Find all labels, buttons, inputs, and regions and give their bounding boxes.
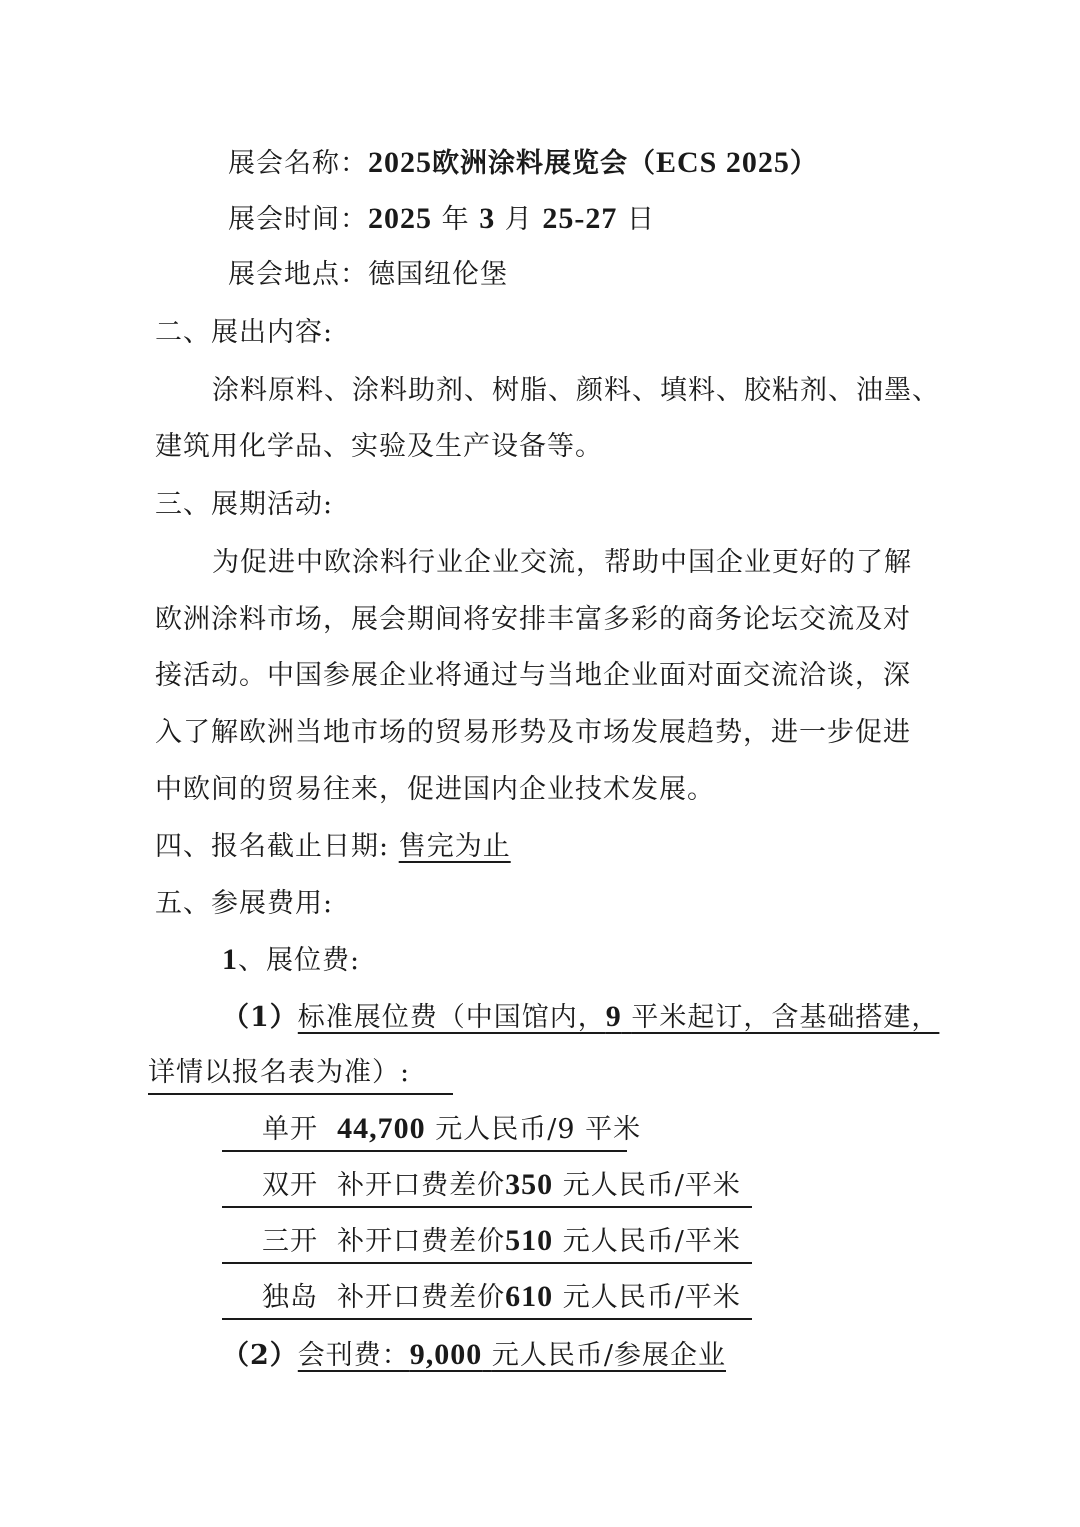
section-3-line-3: 接活动。中国参展企业将通过与当地企业面对面交流洽谈，深: [155, 656, 911, 696]
section-3-line-4: 入了解欧洲当地市场的贸易形势及市场发展趋势，进一步促进: [155, 713, 911, 753]
exhibition-place-row: 展会地点：德国纽伦堡: [228, 255, 508, 295]
section-3-heading: 三、展期活动:: [155, 485, 333, 525]
price-desc: 补开口费差价: [337, 1170, 505, 1201]
catalogue-fee-label: 会刊费：: [298, 1340, 410, 1371]
catalogue-fee-text: 会刊费：9,000 元人民币/参展企业: [298, 1340, 726, 1371]
standard-booth-text-2: 详情以报名表为准）:: [148, 1055, 453, 1095]
exhibition-name-close: ）: [790, 148, 818, 179]
price-row-double: 双开 补开口费差价350 元人民币/平米: [222, 1166, 752, 1208]
exhibition-time-month-unit: 月: [505, 204, 533, 235]
standard-booth-row-1: （1）标准展位费（中国馆内，9 平米起订，含基础搭建，: [222, 997, 939, 1038]
catalogue-fee-row: （2）会刊费：9,000 元人民币/参展企业: [222, 1335, 726, 1376]
booth-fee-number: 1: [222, 943, 238, 976]
exhibition-time-day-unit: 日: [627, 204, 655, 235]
exhibition-time-year: 2025: [368, 202, 432, 235]
exhibition-time-month: 3: [479, 202, 495, 235]
standard-booth-text-1: 标准展位费（中国馆内，9 平米起订，含基础搭建，: [298, 1002, 940, 1033]
price-type: 三开: [262, 1226, 318, 1257]
price-row-triple: 三开 补开口费差价510 元人民币/平米: [222, 1222, 752, 1264]
standard-booth-row-2: 详情以报名表为准）:: [148, 1053, 453, 1095]
section-4-heading: 四、报名截止日期:: [155, 831, 389, 862]
exhibition-time-year-unit: 年: [442, 204, 470, 235]
section-5-heading: 五、参展费用:: [155, 884, 333, 924]
exhibition-time-label: 展会时间：: [228, 204, 368, 235]
price-unit: 元人民币/9 平米: [435, 1114, 641, 1145]
price-type: 双开: [262, 1170, 318, 1201]
registration-deadline-value: 售完为止: [399, 831, 511, 862]
booth-fee-subheading: 1、展位费:: [222, 940, 360, 981]
exhibition-time-days: 25-27: [542, 202, 617, 235]
section-2-line-2: 建筑用化学品、实验及生产设备等。: [155, 427, 603, 467]
section-2-line-1: 涂料原料、涂料助剂、树脂、颜料、填料、胶粘剂、油墨、: [212, 371, 940, 411]
price-row-island-underline: 独岛 补开口费差价610 元人民币/平米: [222, 1279, 752, 1320]
price-row-single-underline: 单开 44,700 元人民币/9 平米: [222, 1111, 627, 1152]
catalogue-fee-unit: 元人民币/参展企业: [492, 1340, 726, 1371]
document-page: 展会名称：2025欧洲涂料展览会（ECS 2025） 展会时间：2025 年 3…: [0, 0, 1080, 1527]
price-amount: 350: [505, 1168, 553, 1201]
standard-booth-label: 标准展位费（中国馆内，: [298, 1002, 606, 1033]
price-unit: 元人民币/平米: [563, 1226, 741, 1257]
booth-fee-label: 、展位费:: [238, 945, 360, 976]
section-3-line-5: 中欧间的贸易往来，促进国内企业技术发展。: [155, 770, 715, 810]
price-amount: 44,700: [337, 1112, 426, 1145]
item-2-prefix: （2）: [222, 1340, 298, 1371]
price-unit: 元人民币/平米: [563, 1170, 741, 1201]
price-amount: 510: [505, 1224, 553, 1257]
item-1-prefix: （1）: [222, 1002, 298, 1033]
section-3-line-1: 为促进中欧涂料行业企业交流，帮助中国企业更好的了解: [212, 543, 912, 583]
section-4-row: 四、报名截止日期: 售完为止: [155, 827, 511, 867]
price-desc: 补开口费差价: [337, 1282, 505, 1313]
exhibition-name-label: 展会名称：: [228, 148, 368, 179]
price-row-island: 独岛 补开口费差价610 元人民币/平米: [222, 1278, 752, 1320]
section-3-line-2: 欧洲涂料市场，展会期间将安排丰富多彩的商务论坛交流及对: [155, 600, 911, 640]
standard-booth-rest: 平米起订，含基础搭建，: [631, 1002, 939, 1033]
exhibition-time-row: 展会时间：2025 年 3 月 25-27 日: [228, 199, 655, 240]
catalogue-fee-amount: 9,000: [410, 1338, 483, 1371]
price-unit: 元人民币/平米: [563, 1282, 741, 1313]
price-type: 独岛: [262, 1282, 318, 1313]
exhibition-name-abbr: ECS 2025: [656, 146, 790, 179]
exhibition-name-row: 展会名称：2025欧洲涂料展览会（ECS 2025）: [228, 143, 818, 184]
standard-booth-min-size: 9: [606, 1000, 622, 1033]
price-desc: 补开口费差价: [337, 1226, 505, 1257]
price-row-double-underline: 双开 补开口费差价350 元人民币/平米: [222, 1167, 752, 1208]
price-amount: 610: [505, 1280, 553, 1313]
price-type: 单开: [262, 1114, 318, 1145]
price-row-triple-underline: 三开 补开口费差价510 元人民币/平米: [222, 1223, 752, 1264]
section-2-heading: 二、展出内容:: [155, 313, 333, 353]
exhibition-name-year: 2025: [368, 146, 432, 179]
exhibition-name-text: 欧洲涂料展览会（: [432, 148, 656, 179]
exhibition-place-label: 展会地点：: [228, 259, 368, 290]
price-row-single: 单开 44,700 元人民币/9 平米: [222, 1110, 627, 1152]
exhibition-place-value: 德国纽伦堡: [368, 259, 508, 290]
